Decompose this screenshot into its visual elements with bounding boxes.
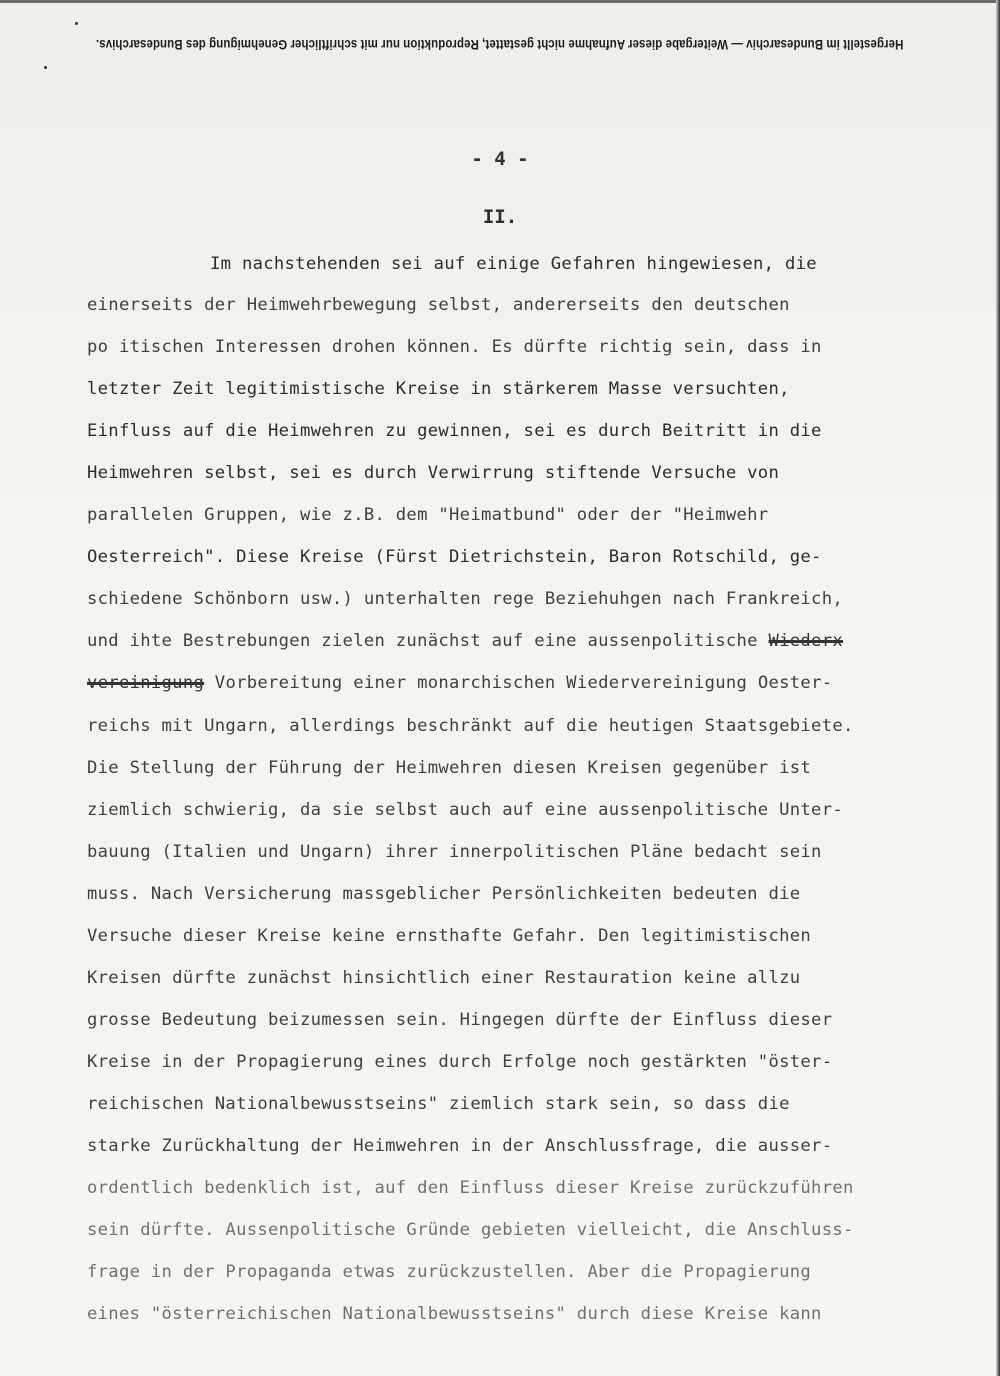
document-page: Hergestellt im Bundesarchiv — Weitergabe…	[0, 0, 1000, 1376]
page-number: - 4 -	[0, 148, 1000, 170]
scan-speck	[75, 22, 78, 25]
scan-speck	[44, 66, 47, 69]
text-line: sein dürfte. Aussenpolitische Gründe geb…	[87, 1220, 854, 1240]
text-line: vereinigung Vorbereitung einer monarchis…	[87, 673, 832, 693]
text-line: Die Stellung der Führung der Heimwehren …	[87, 758, 811, 778]
scan-top-edge	[0, 0, 1000, 3]
text-line: parallelen Gruppen, wie z.B. dem "Heimat…	[87, 505, 768, 525]
text-line: ordentlich bedenklich ist, auf den Einfl…	[87, 1178, 854, 1198]
text-line: Versuche dieser Kreise keine ernsthafte …	[87, 926, 811, 946]
section-heading: II.	[0, 206, 1000, 228]
text-line: Kreisen dürfte zunächst hinsichtlich ein…	[87, 968, 800, 988]
text-line: grosse Bedeutung beizumessen sein. Hinge…	[87, 1010, 832, 1030]
text-line: und ihte Bestrebungen zielen zunächst au…	[87, 631, 843, 651]
archive-watermark: Hergestellt im Bundesarchiv — Weitergabe…	[0, 37, 1000, 53]
struck-text: Wiederx	[768, 631, 843, 651]
text-line: po itischen Interessen drohen können. Es…	[87, 337, 822, 357]
text-line-content: Vorbereitung einer monarchischen Wiederv…	[215, 673, 833, 693]
text-line: Im nachstehenden sei auf einige Gefahren…	[210, 254, 817, 274]
text-line: starke Zurückhaltung der Heimwehren in d…	[87, 1136, 832, 1156]
text-line: reichs mit Ungarn, allerdings beschränkt…	[87, 716, 854, 736]
text-line: frage in der Propaganda etwas zurückzust…	[87, 1262, 811, 1282]
text-line: Oesterreich". Diese Kreise (Fürst Dietri…	[87, 547, 822, 567]
text-line: ziemlich schwierig, da sie selbst auch a…	[87, 800, 843, 820]
text-line: einerseits der Heimwehrbewegung selbst, …	[87, 295, 790, 315]
text-line: Kreise in der Propagierung eines durch E…	[87, 1052, 832, 1072]
archive-watermark-text: Hergestellt im Bundesarchiv — Weitergabe…	[96, 37, 904, 53]
text-line: Einfluss auf die Heimwehren zu gewinnen,…	[87, 421, 822, 441]
text-line: reichischen Nationalbewusstseins" ziemli…	[87, 1094, 790, 1114]
text-line: bauung (Italien und Ungarn) ihrer innerp…	[87, 842, 822, 862]
text-line: muss. Nach Versicherung massgeblicher Pe…	[87, 884, 800, 904]
text-line: eines "österreichischen Nationalbewussts…	[87, 1304, 822, 1324]
struck-text: vereinigung	[87, 673, 204, 693]
text-line: Heimwehren selbst, sei es durch Verwirru…	[87, 463, 779, 483]
text-line-content: und ihte Bestrebungen zielen zunächst au…	[87, 631, 758, 651]
text-line: schiedene Schönborn usw.) unterhalten re…	[87, 589, 843, 609]
text-line: letzter Zeit legitimistische Kreise in s…	[87, 379, 790, 399]
